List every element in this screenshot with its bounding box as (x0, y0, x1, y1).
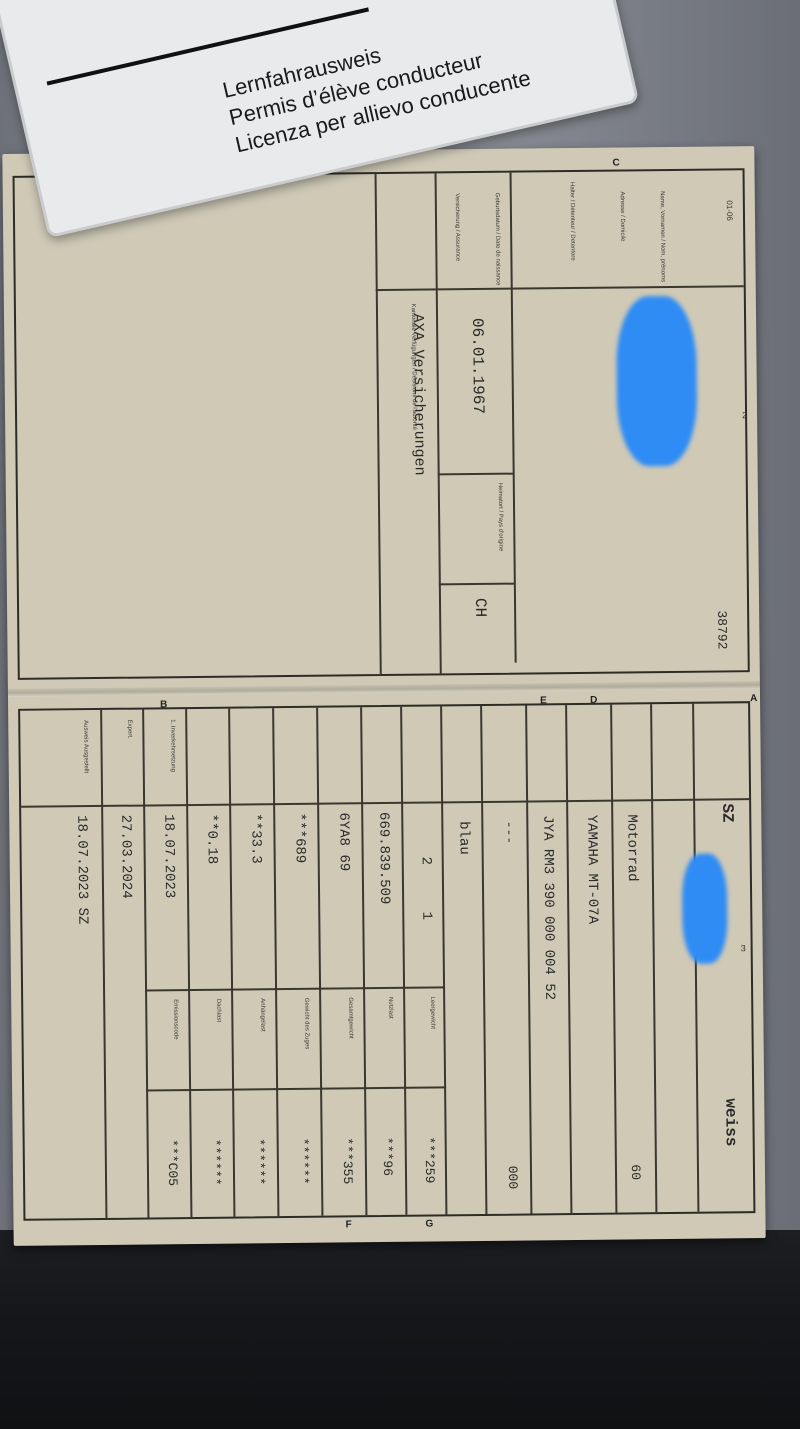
make-model: YAMAHA MT-07A (583, 815, 600, 924)
dark-fabric (0, 1230, 800, 1429)
seats-front: 1 (418, 911, 434, 920)
trailer-load: ****** (252, 1138, 267, 1185)
document-number: 38792 (714, 610, 729, 649)
power: **33.3 (247, 813, 264, 864)
holder-labels: Name, Vornamen / Nom, prénoms (658, 191, 666, 282)
displacement: ***689 (291, 813, 308, 864)
issued-date: 18.07.2023 SZ (73, 815, 90, 924)
seats-total: 2 (418, 856, 434, 865)
vehicle-page: A D E B F G 3 SZ weiss Motorrad 60 YAMAH… (18, 701, 755, 1221)
canton: SZ (718, 803, 736, 822)
color: blau (455, 821, 471, 855)
holder-page: C 2 Name, Vornamen / Nom, prénoms Adress… (13, 168, 750, 680)
expert-date: 27.03.2024 (117, 815, 134, 899)
birth-date: 06.01.1967 (468, 318, 487, 414)
train-weight: ****** (296, 1138, 311, 1185)
empty-weight: ***259 (422, 1136, 437, 1183)
body: --- (501, 821, 516, 845)
payload: ***96 (380, 1137, 395, 1176)
page-number: 2 (742, 410, 747, 420)
body-code: 000 (505, 1166, 520, 1190)
total-weight: ***355 (340, 1137, 355, 1184)
body-color: weiss (721, 1098, 740, 1146)
chassis-number: JYA RM3 390 000 004 52 (539, 815, 557, 1000)
redacted-name (616, 296, 698, 467)
insurance: AXA Versicherungen (409, 314, 428, 476)
vehicle-type: Motorrad (623, 814, 640, 881)
power-weight: **0.18 (203, 814, 220, 865)
section-letter-c: C (612, 158, 619, 169)
type-approval: 669.839.509 (375, 812, 392, 905)
emission-code: ***C05 (165, 1139, 180, 1186)
fold-line (8, 681, 760, 697)
vehicle-type-code: 60 (628, 1164, 643, 1180)
origin: CH (471, 598, 489, 617)
redacted-plate (682, 853, 728, 963)
vehicle-registration-document: C 2 Name, Vornamen / Nom, prénoms Adress… (2, 146, 765, 1246)
roof-load: ****** (208, 1139, 223, 1186)
first-registration: 18.07.2023 (160, 814, 177, 898)
type-approval-number: 6YA8 69 (335, 812, 352, 871)
